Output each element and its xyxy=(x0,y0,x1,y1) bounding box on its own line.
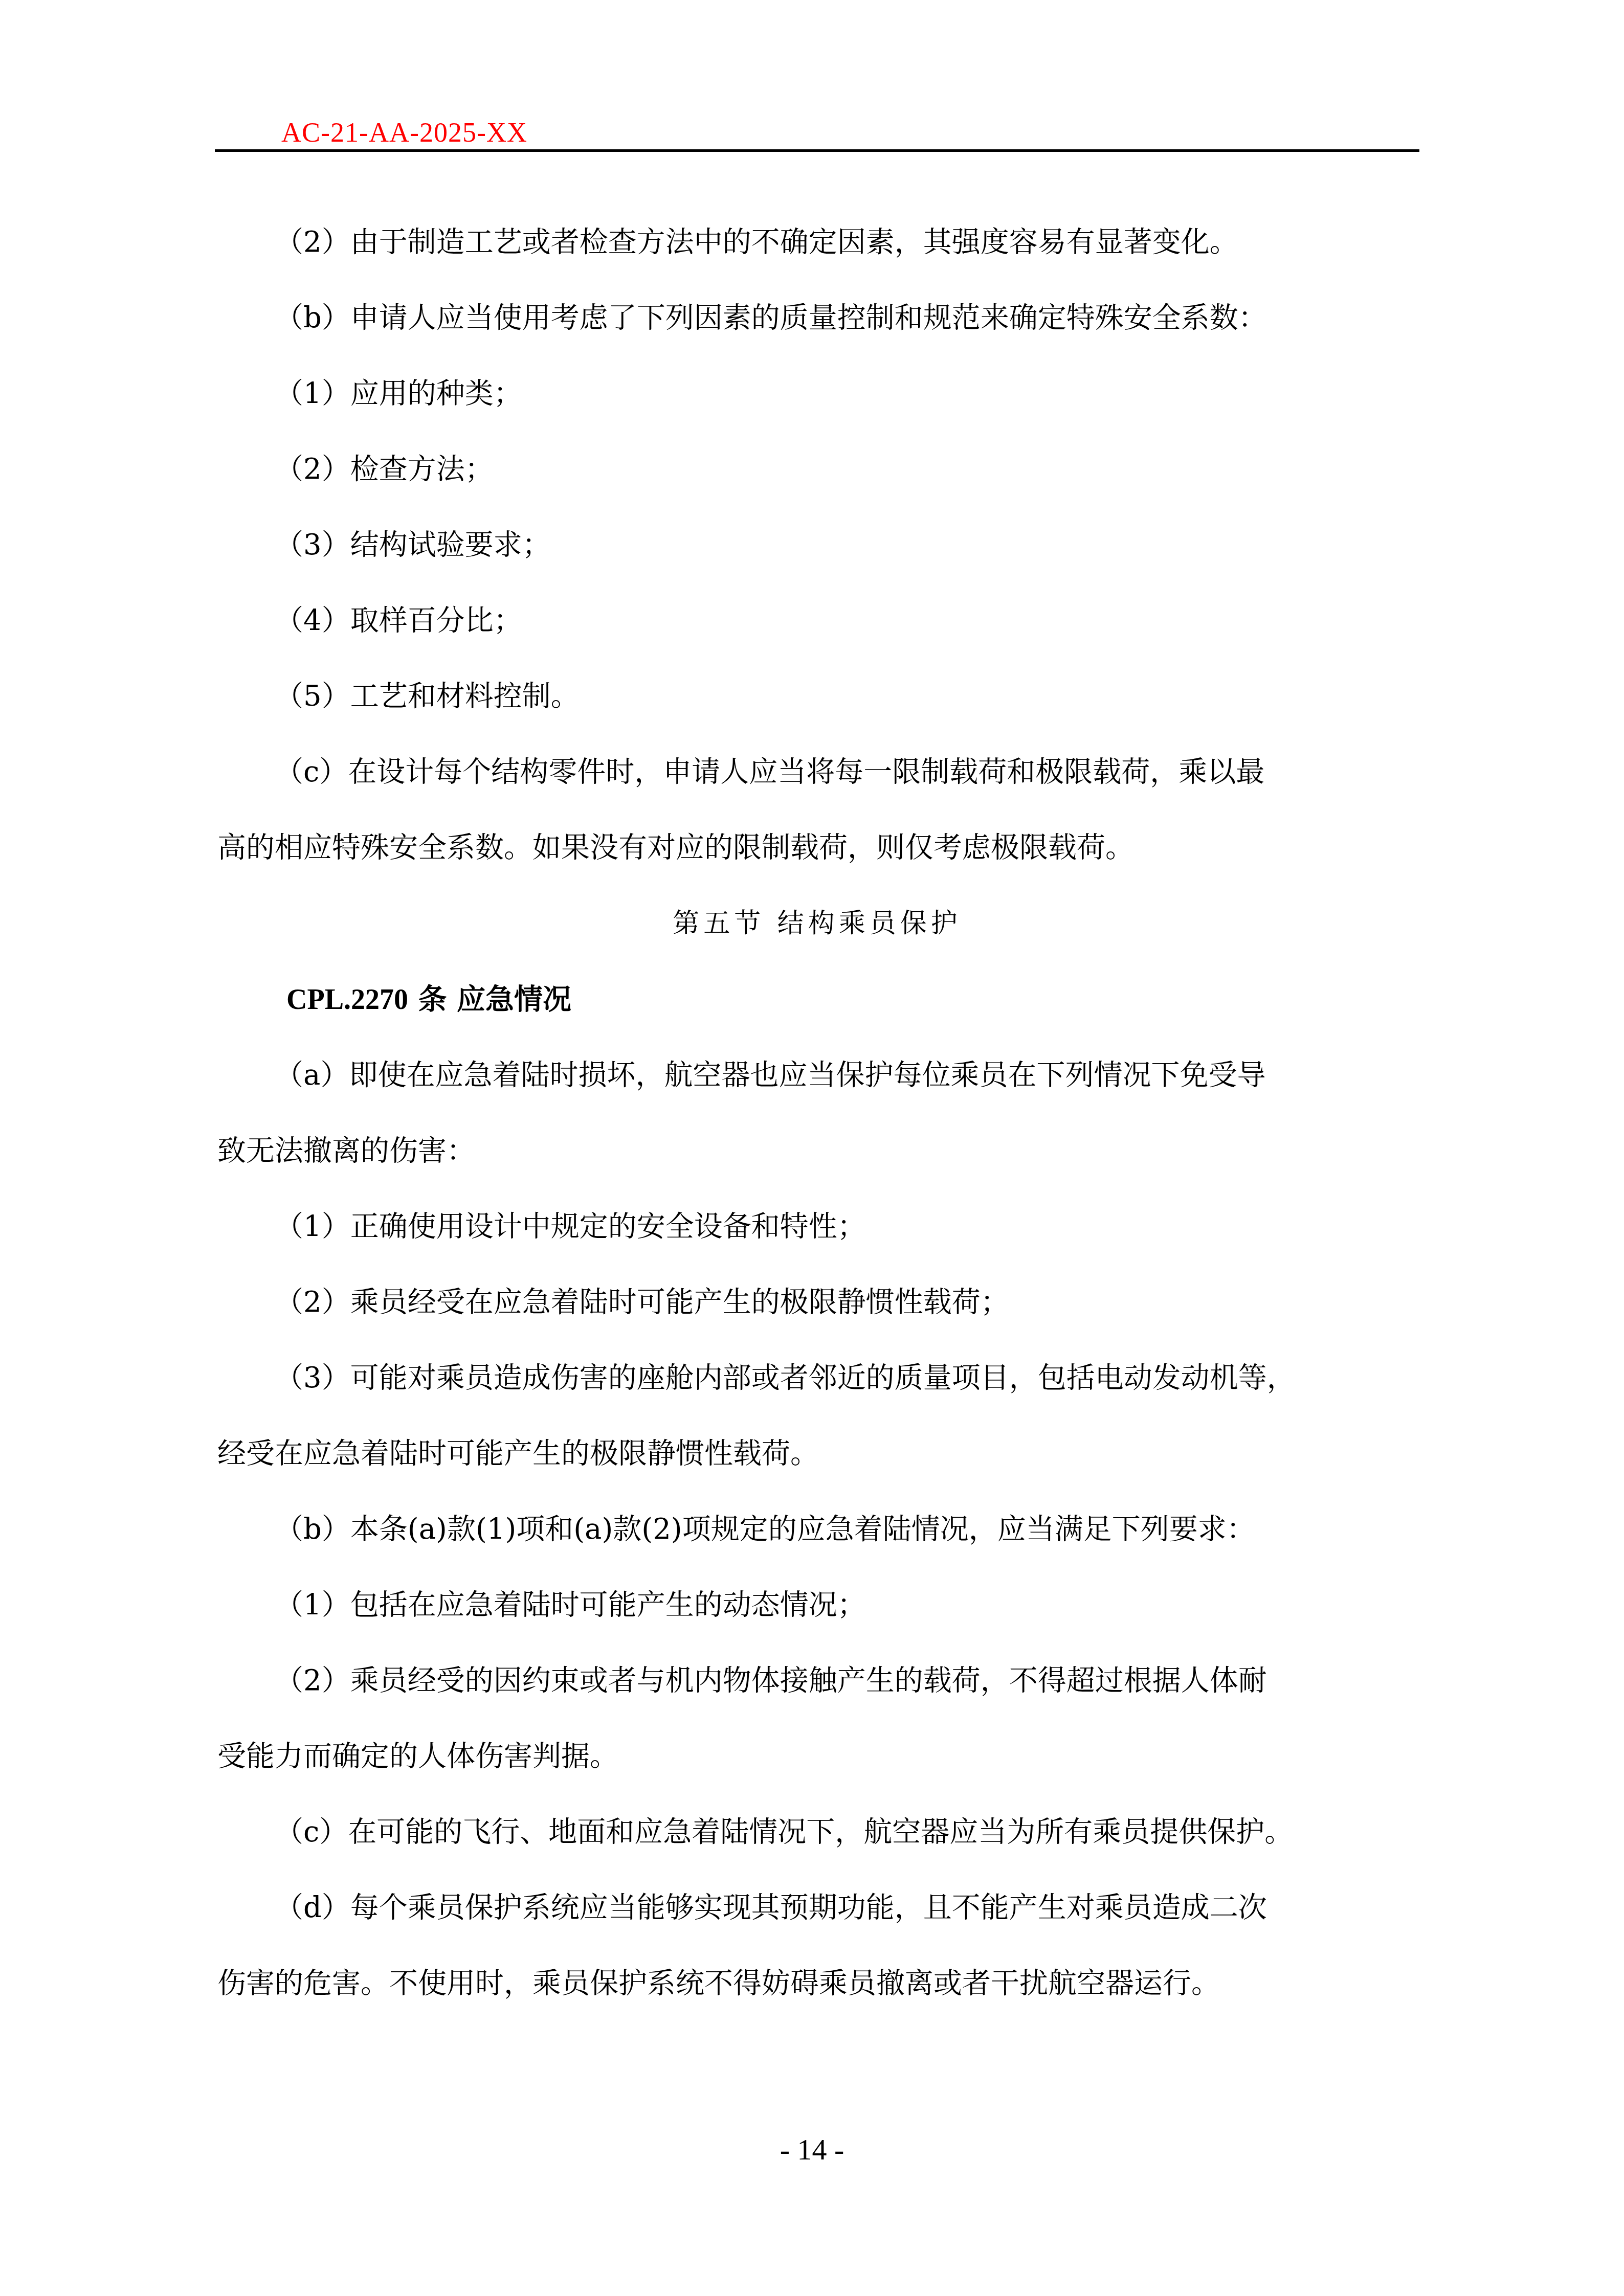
paragraph: （a）即使在应急着陆时损坏，航空器也应当保护每位乘员在下列情况下免受导 xyxy=(217,1038,1417,1113)
paragraph-continuation: 致无法撤离的伤害： xyxy=(217,1113,1417,1189)
page-header: AC-21-AA-2025-XX xyxy=(215,0,1419,153)
paragraph: （b）申请人应当使用考虑了下列因素的质量控制和规范来确定特殊安全系数： xyxy=(217,280,1417,356)
paragraph: （b）本条(a)款(1)项和(a)款(2)项规定的应急着陆情况，应当满足下列要求… xyxy=(217,1492,1417,1567)
paragraph: （1）应用的种类； xyxy=(217,356,1417,432)
page-number: - 14 - xyxy=(0,2132,1624,2167)
page-body: （2）由于制造工艺或者检查方法中的不确定因素，其强度容易有显著变化。 （b）申请… xyxy=(217,205,1417,2021)
paragraph-continuation: 高的相应特殊安全系数。如果没有对应的限制载荷，则仅考虑极限载荷。 xyxy=(217,810,1417,886)
paragraph-continuation: 经受在应急着陆时可能产生的极限静惯性载荷。 xyxy=(217,1416,1417,1492)
paragraph-continuation: 受能力而确定的人体伤害判据。 xyxy=(217,1719,1417,1794)
paragraph: （4）取样百分比； xyxy=(217,583,1417,659)
paragraph: （c）在设计每个结构零件时，申请人应当将每一限制载荷和极限载荷，乘以最 xyxy=(217,734,1417,810)
paragraph: （2）检查方法； xyxy=(217,432,1417,507)
paragraph: （2）由于制造工艺或者检查方法中的不确定因素，其强度容易有显著变化。 xyxy=(217,205,1417,280)
paragraph: （3）结构试验要求； xyxy=(217,507,1417,583)
paragraph: （3）可能对乘员造成伤害的座舱内部或者邻近的质量项目，包括电动发动机等， xyxy=(217,1340,1417,1416)
paragraph: （1）正确使用设计中规定的安全设备和特性； xyxy=(217,1189,1417,1265)
paragraph: （2）乘员经受在应急着陆时可能产生的极限静惯性载荷； xyxy=(217,1265,1417,1340)
header-rule xyxy=(215,149,1419,152)
paragraph: （2）乘员经受的因约束或者与机内物体接触产生的载荷，不得超过根据人体耐 xyxy=(217,1643,1417,1719)
clause-title: CPL.2270 条 应急情况 xyxy=(217,961,1417,1038)
paragraph: （1）包括在应急着陆时可能产生的动态情况； xyxy=(217,1567,1417,1643)
clause-code: CPL.2270 xyxy=(286,984,408,1016)
paragraph-continuation: 伤害的危害。不使用时，乘员保护系统不得妨碍乘员撤离或者干扰航空器运行。 xyxy=(217,1946,1417,2021)
document-id: AC-21-AA-2025-XX xyxy=(281,117,527,148)
clause-label: 条 应急情况 xyxy=(418,982,572,1016)
paragraph: （5）工艺和材料控制。 xyxy=(217,659,1417,734)
paragraph: （d）每个乘员保护系统应当能够实现其预期功能，且不能产生对乘员造成二次 xyxy=(217,1870,1417,1946)
section-title: 第五节 结构乘员保护 xyxy=(217,886,1417,961)
paragraph: （c）在可能的飞行、地面和应急着陆情况下，航空器应当为所有乘员提供保护。 xyxy=(217,1794,1417,1870)
